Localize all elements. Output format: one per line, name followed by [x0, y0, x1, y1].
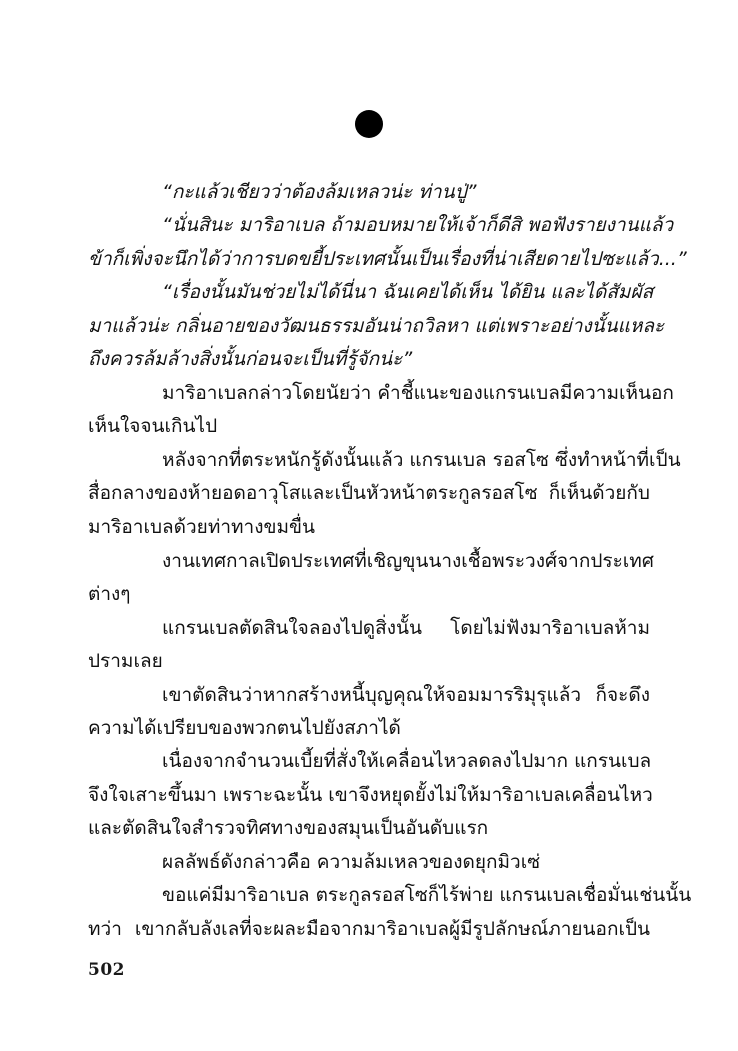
text-line: เนื่องจากจำนวนเบี้ยที่สั่งให้เคลื่อนไหวล… — [162, 745, 650, 778]
text-line: มาริอาเบลกล่าวโดยนัยว่า คำชี้แนะของแกรนเ… — [162, 377, 650, 410]
text-line: “เรื่องนั้นมันช่วยไม่ได้นี่นา ฉันเคยได้เ… — [162, 276, 650, 309]
text-line: สื่อกลางของห้ายอดอาวุโสและเป็นหัวหน้าตระ… — [88, 477, 650, 510]
section-bullet-icon — [355, 110, 383, 138]
text-line: และตัดสินใจสำรวจทิศทางของสมุนเป็นอันดับแ… — [88, 812, 650, 845]
text-line: หลังจากที่ตระหนักรู้ดังนั้นแล้ว แกรนเบล … — [162, 444, 650, 477]
text-line: ถึงควรล้มล้างสิ่งนั้นก่อนจะเป็นที่รู้จัก… — [88, 343, 650, 376]
text-line: เห็นใจจนเกินไป — [88, 410, 650, 443]
text-line: ขอแค่มีมาริอาเบล ตระกูลรอสโซก็ไร้พ่าย แก… — [162, 879, 650, 912]
text-line: ผลลัพธ์ดังกล่าวคือ ความล้มเหลวของดยุกมิว… — [162, 846, 650, 879]
page-number: 502 — [88, 960, 125, 980]
text-line: “นั่นสินะ มาริอาเบล ถ้ามอบหมายให้เจ้าก็ด… — [162, 209, 650, 242]
text-line: แกรนเบลตัดสินใจลองไปดูสิ่งนั้น โดยไม่ฟัง… — [162, 612, 650, 645]
text-line: “กะแล้วเชียวว่าต้องล้มเหลวน่ะ ท่านปู่” — [162, 176, 650, 209]
text-line: เขาตัดสินว่าหากสร้างหนี้บุญคุณให้จอมมารร… — [162, 679, 650, 712]
text-line: ต่างๆ — [88, 578, 650, 611]
text-line: ความได้เปรียบของพวกตนไปยังสภาได้ — [88, 712, 650, 745]
text-line: มาริอาเบลด้วยท่าทางขมขื่น — [88, 511, 650, 544]
text-line: จึงใจเสาะขึ้นมา เพราะฉะนั้น เขาจึงหยุดยั… — [88, 779, 650, 812]
text-line: ข้าก็เพิ่งจะนึกได้ว่าการบดขยี้ประเทศนั้น… — [88, 243, 650, 276]
text-line: มาแล้วน่ะ กลิ่นอายของวัฒนธรรมอันน่าถวิลห… — [88, 310, 650, 343]
text-line: ทว่า เขากลับลังเลที่จะผละมือจากมาริอาเบล… — [88, 913, 650, 946]
text-line: งานเทศกาลเปิดประเทศที่เชิญขุนนางเชื้อพระ… — [162, 545, 650, 578]
book-page: “กะแล้วเชียวว่าต้องล้มเหลวน่ะ ท่านปู่” “… — [0, 0, 738, 1051]
text-line: ปรามเลย — [88, 645, 650, 678]
